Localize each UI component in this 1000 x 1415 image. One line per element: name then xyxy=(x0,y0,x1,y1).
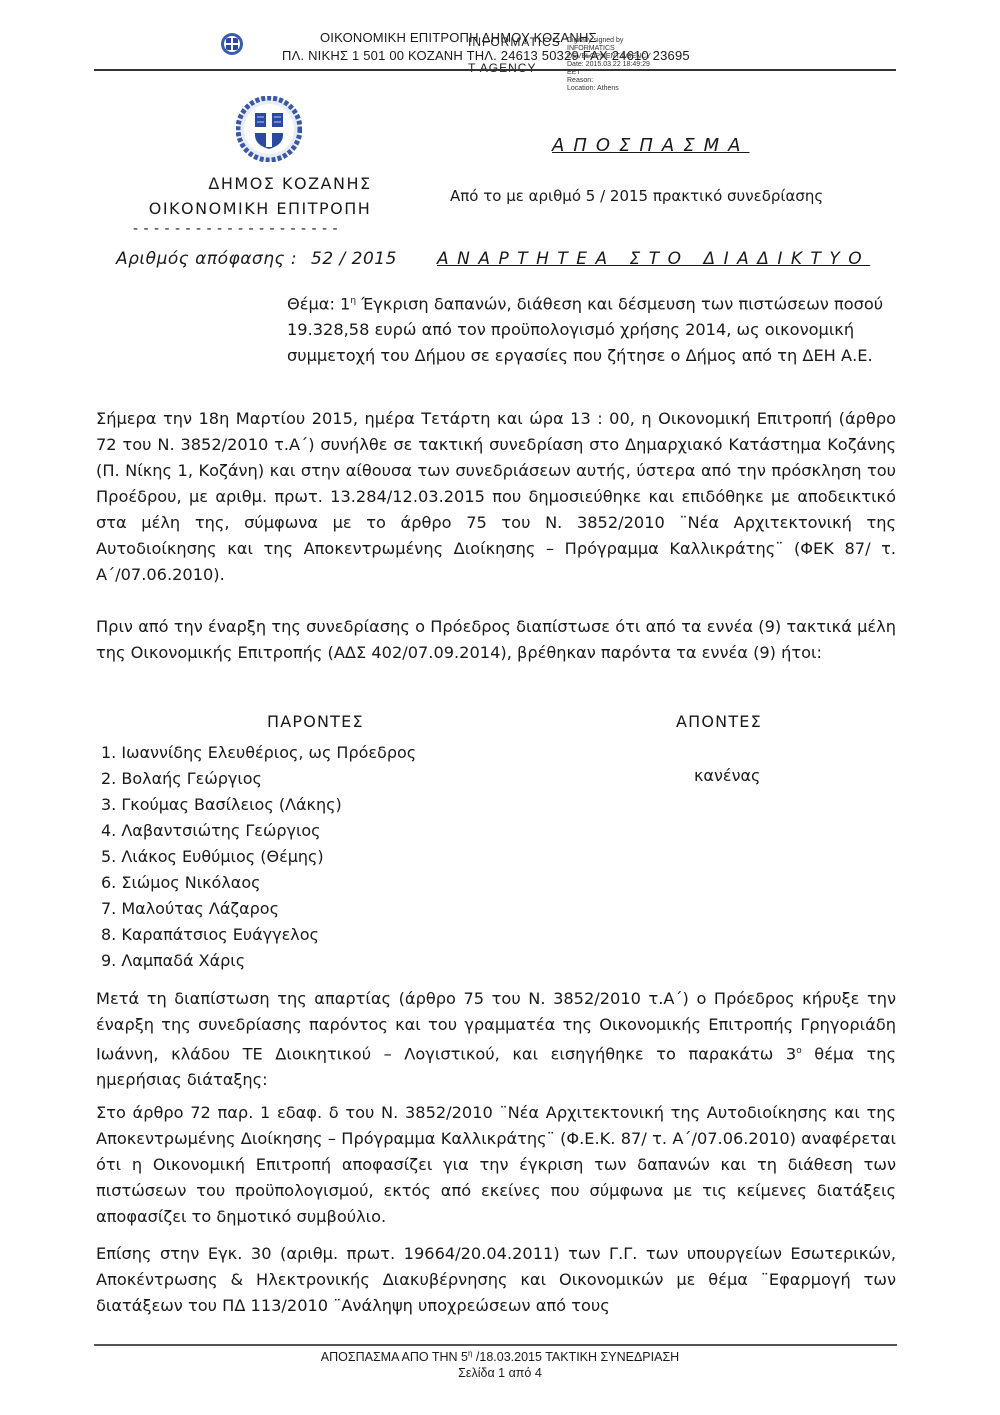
decision-number: Αριθμός απόφασης : 52 / 2015 xyxy=(116,249,397,269)
list-item: 9. Λαμπαδά Χάρις xyxy=(101,948,416,974)
publish-notice: ΑΝΑΡΤΗΤΕΑ ΣΤΟ ΔΙΑΔΙΚΤΥΟ xyxy=(437,249,870,269)
footer-title: ΑΠΟΣΠΑΣΜΑ ΑΠΟ ΤΗΝ 5η /18.03.2015 ΤΑΚΤΙΚΗ… xyxy=(100,1349,900,1364)
signature-detail: Location: Athens xyxy=(567,85,651,93)
page-number: Σελίδα 1 από 4 xyxy=(100,1366,900,1380)
minutes-reference: Από το με αριθμό 5 / 2015 πρακτικό συνεδ… xyxy=(450,187,823,205)
header-divider xyxy=(94,69,896,71)
opening-text: Μετά τη διαπίστωση της απαρτίας (άρθρο 7… xyxy=(96,989,896,1063)
greek-coat-of-arms-icon xyxy=(220,32,244,56)
footer-divider xyxy=(94,1344,897,1346)
document-type-title: ΑΠΟΣΠΑΣΜΑ xyxy=(552,135,749,156)
absent-members: κανένας xyxy=(694,766,760,785)
list-item: 7. Μαλούτας Λάζαρος xyxy=(101,896,416,922)
signature-detail: DEVELOPMENT AGENCY xyxy=(567,53,651,61)
list-item: 4. Λαβαντσιώτης Γεώργιος xyxy=(101,818,416,844)
decision-value: 52 / 2015 xyxy=(311,249,397,269)
paragraph-quorum: Πριν από την έναρξη της συνεδρίασης ο Πρ… xyxy=(96,614,896,666)
footer-title-end: /18.03.2015 ΤΑΚΤΙΚΗ ΣΥΝΕΔΡΙΑΣΗ xyxy=(472,1350,679,1364)
footer-title-text: ΑΠΟΣΠΑΣΜΑ ΑΠΟ ΤΗΝ 5 xyxy=(321,1350,468,1364)
list-item: 1. Ιωαννίδης Ελευθέριος, ως Πρόεδρος xyxy=(101,740,416,766)
subject-text: Έγκριση δαπανών, διάθεση και δέσμευση τω… xyxy=(287,294,883,365)
list-item: 8. Καραπάτσιος Ευάγγελος xyxy=(101,922,416,948)
decision-label: Αριθμός απόφασης : xyxy=(116,249,297,269)
digital-signature-details: Digitally signed by INFORMATICS DEVELOPM… xyxy=(567,37,651,93)
paragraph-opening: Μετά τη διαπίστωση της απαρτίας (άρθρο 7… xyxy=(96,986,896,1093)
greek-coat-of-arms-icon xyxy=(236,96,302,162)
committee-name: ΟΙΚΟΝΟΜΙΚΗ ΕΠΙΤΡΟΠΗ xyxy=(120,199,400,218)
paragraph-meeting-intro: Σήμερα την 18η Μαρτίου 2015, ημέρα Τετάρ… xyxy=(96,406,896,588)
present-heading: ΠΑΡΟΝΤΕΣ xyxy=(267,712,364,731)
signer-line: INFORMATICS xyxy=(468,36,561,49)
list-item: 3. Γκούμας Βασίλειος (Λάκης) xyxy=(101,792,416,818)
paragraph-circular: Επίσης στην Εγκ. 30 (αριθμ. πρωτ. 19664/… xyxy=(96,1241,896,1319)
signature-detail: INFORMATICS xyxy=(567,45,651,53)
subject-prefix: Θέμα: 1 xyxy=(287,294,350,313)
org-separator: - - - - - - - - - - - - - - - - - - - - xyxy=(133,221,338,237)
absent-heading: ΑΠΟΝΤΕΣ xyxy=(676,712,762,731)
signature-detail: Date: 2015.03.22 18:49:29 xyxy=(567,61,651,69)
subject-block: Θέμα: 1η Έγκριση δαπανών, διάθεση και δέ… xyxy=(287,288,897,369)
list-item: 6. Σιώμος Νικόλαος xyxy=(101,870,416,896)
present-members-list: 1. Ιωαννίδης Ελευθέριος, ως Πρόεδρος 2. … xyxy=(101,740,416,974)
paragraph-legal-basis: Στο άρθρο 72 παρ. 1 εδαφ. δ του Ν. 3852/… xyxy=(96,1100,896,1230)
municipality-name: ΔΗΜΟΣ ΚΟΖΑΝΗΣ xyxy=(160,174,420,193)
signature-detail: Digitally signed by xyxy=(567,37,651,45)
list-item: 5. Λιάκος Ευθύμιος (Θέμης) xyxy=(101,844,416,870)
list-item: 2. Βολαής Γεώργιος xyxy=(101,766,416,792)
signature-detail: Reason: xyxy=(567,77,651,85)
